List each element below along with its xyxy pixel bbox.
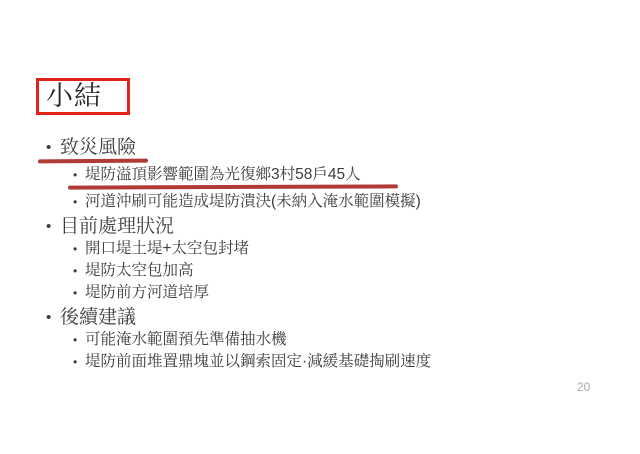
bullet-icon: • (46, 136, 60, 159)
list-item: • 河道沖刷可能造成堤防潰決(未納入淹水範圍模擬) (36, 191, 611, 213)
bullet-icon: • (73, 191, 85, 213)
list-item: • 堤防太空包加高 (36, 260, 611, 282)
list-item: • 開口堤土堤+太空包封堵 (36, 238, 611, 260)
section-heading-status: • 目前處理狀況 (36, 215, 611, 238)
list-item-text: 堤防溢頂影響範圍為光復鄉3村58戶45人 (85, 164, 361, 186)
list-item-text: 堤防太空包加高 (85, 260, 194, 282)
slide-content: • 致災風險 • 堤防溢頂影響範圍為光復鄉3村58戶45人 • 河道沖刷可能造成… (36, 134, 611, 373)
section-heading-suggestions: • 後續建議 (36, 306, 611, 329)
title-box: 小結 (36, 78, 130, 115)
list-item-text: 開口堤土堤+太空包封堵 (85, 238, 249, 260)
bullet-icon: • (73, 351, 85, 373)
bullet-icon: • (73, 260, 85, 282)
bullet-icon: • (46, 306, 60, 329)
section-heading-text: 目前處理狀況 (60, 215, 174, 238)
section-heading-risk: • 致災風險 (36, 136, 611, 159)
red-underline (68, 184, 398, 189)
list-item-text: 可能淹水範圍預先準備抽水機 (85, 329, 287, 351)
list-item: • 可能淹水範圍預先準備抽水機 (36, 329, 611, 351)
slide-title: 小結 (39, 81, 102, 112)
bullet-icon: • (73, 164, 85, 186)
section-heading-text: 致災風險 (60, 136, 136, 159)
list-item: • 堤防前方河道培厚 (36, 282, 611, 304)
bullet-icon: • (73, 238, 85, 260)
red-underline (38, 159, 148, 164)
bullet-icon: • (73, 329, 85, 351)
bullet-icon: • (46, 215, 60, 238)
list-item: • 堤防溢頂影響範圍為光復鄉3村58戶45人 (36, 164, 611, 186)
bullet-icon: • (73, 282, 85, 304)
page-number: 20 (577, 380, 590, 394)
section-heading-text: 後續建議 (60, 306, 136, 329)
list-item-text: 堤防前方河道培厚 (85, 282, 209, 304)
list-item: • 堤防前面堆置鼎塊並以鋼索固定·減緩基礎掏刷速度 (36, 351, 611, 373)
list-item-text: 堤防前面堆置鼎塊並以鋼索固定·減緩基礎掏刷速度 (85, 351, 431, 373)
list-item-text: 河道沖刷可能造成堤防潰決(未納入淹水範圍模擬) (85, 191, 421, 213)
presentation-slide: 小結 • 致災風險 • 堤防溢頂影響範圍為光復鄉3村58戶45人 • 河道沖刷可… (0, 0, 640, 454)
